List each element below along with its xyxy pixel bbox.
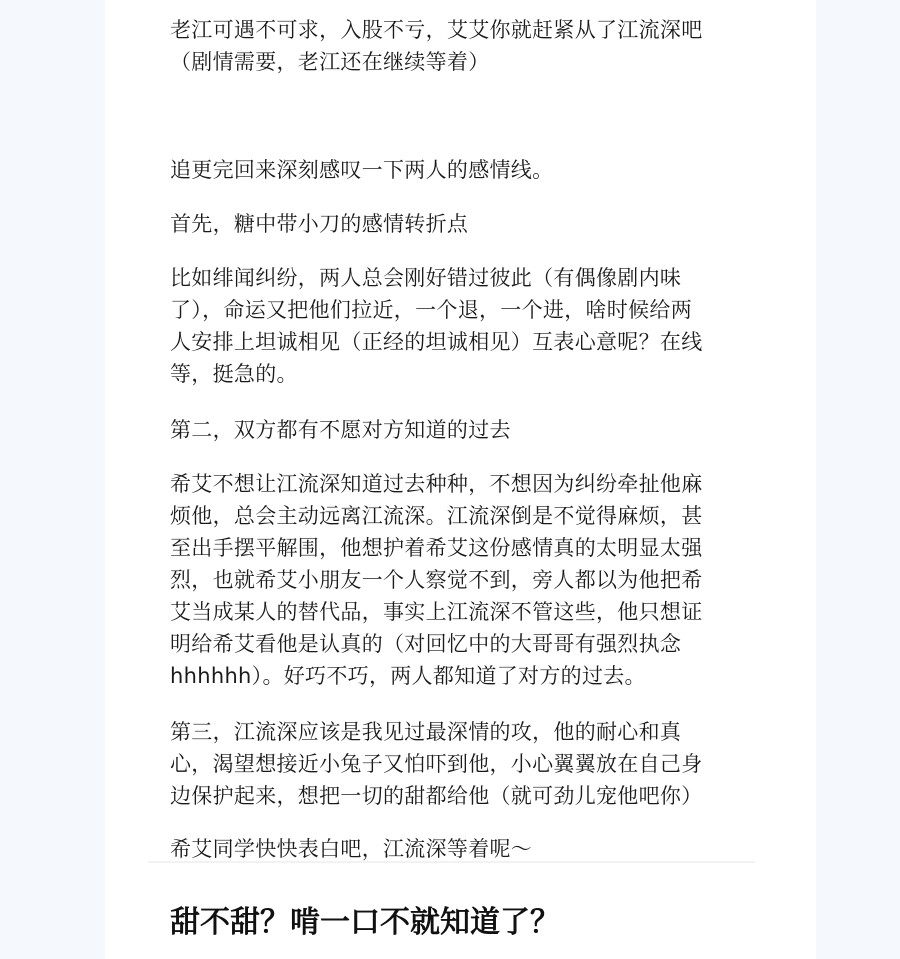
content-column: 老江可遇不可求，入股不亏，艾艾你就赶紧从了江流深吧 （剧情需要，老江还在继续等着… xyxy=(105,0,816,959)
section-heading: 甜不甜？啃一口不就知道了？ xyxy=(170,903,560,943)
paragraph-point-one-title: 首先，糖中带小刀的感情转折点 xyxy=(170,208,730,240)
paragraph-point-two-body: 希艾不想让江流深知道过去种种，不想因为纠纷牵扯他麻 烦他，总会主动远离江流深。江… xyxy=(170,468,730,692)
paragraph-point-three: 第三，江流深应该是我见过最深情的攻，他的耐心和真 心，渴望想接近小兔子又怕吓到他… xyxy=(170,716,730,812)
paragraph-intro: 老江可遇不可求，入股不亏，艾艾你就赶紧从了江流深吧 （剧情需要，老江还在继续等着… xyxy=(170,14,730,78)
section-divider xyxy=(148,861,755,863)
paragraph-point-one-body: 比如绯闻纠纷，两人总会刚好错过彼此（有偶像剧内味 了），命运又把他们拉近，一个退… xyxy=(170,262,730,390)
paragraph-summary: 追更完回来深刻感叹一下两人的感情线。 xyxy=(170,154,730,186)
paragraph-point-two-title: 第二，双方都有不愿对方知道的过去 xyxy=(170,414,730,446)
